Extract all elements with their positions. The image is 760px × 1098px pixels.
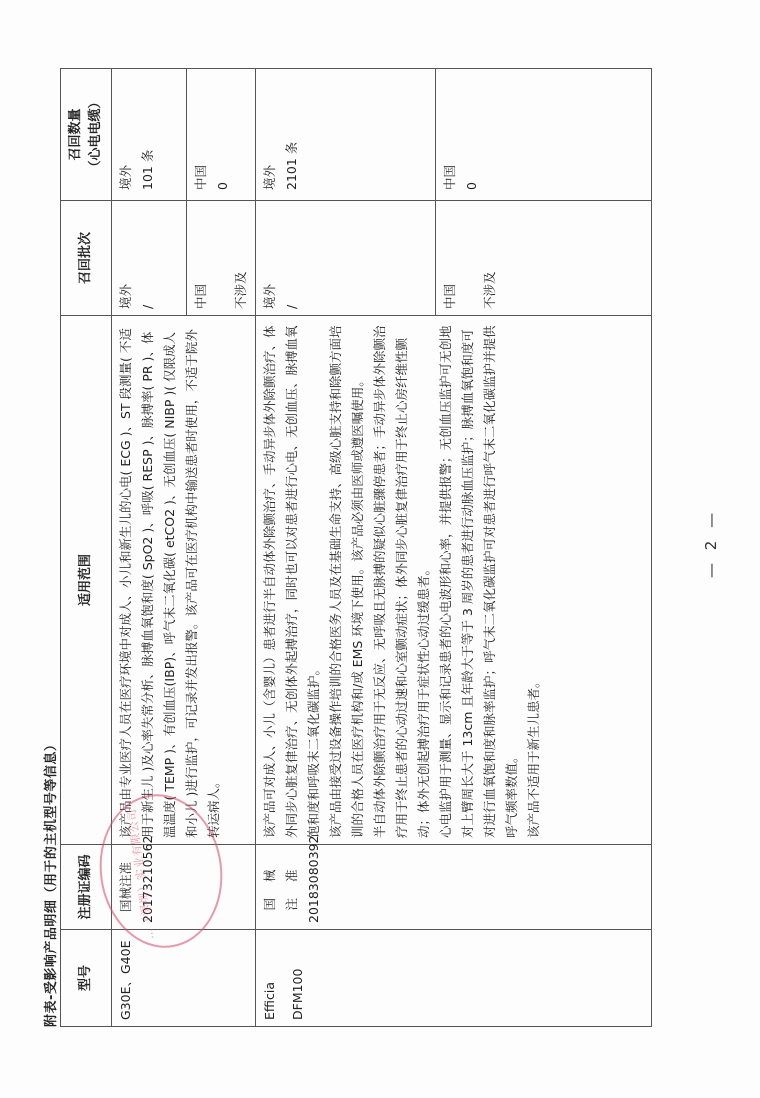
cell-model: Efficia DFM100: [256, 930, 652, 1027]
cell-scope: 该产品由专业医疗人员在医疗环境中对成人、小儿和新生儿的心电( ECG )、ST …: [112, 316, 256, 845]
quantity-value: 101 条: [137, 75, 159, 194]
cell-batch: 境外 /: [112, 201, 187, 316]
header-quantity: 召回数量 （心电电缆）: [61, 69, 112, 201]
registration-prefix: 国 械 注 准: [259, 851, 303, 923]
cell-model: G30E、G40E: [112, 930, 256, 1027]
table-caption: 附表-受影响产品明细（用于的主机型号等信息）: [40, 738, 59, 1027]
affected-products-table: 型号 注册证编码 适用范围 召回批次 召回数量 （心电电缆） G30E、G40E…: [60, 68, 652, 1027]
batch-value: 不涉及: [230, 207, 252, 309]
cell-batch: 境外 /: [256, 201, 436, 316]
cell-registration: 国械注准 20173210562: [112, 845, 256, 930]
batch-value: /: [137, 207, 159, 309]
scope-text: 该产品由专业医疗人员在医疗环境中对成人、小儿和新生儿的心电( ECG )、ST …: [115, 322, 225, 838]
cell-quantity: 境外 2101 条: [256, 69, 436, 201]
header-quantity-line2: （心电电缆）: [86, 75, 106, 194]
scope-paragraph: 半自动体外除颤治疗用于无反应、无呼吸且无脉搏的疑似心脏骤停患者；手动异步体外除颤…: [369, 322, 435, 838]
rotated-document-page: 附表-受影响产品明细（用于的主机型号等信息） 型号 注册证编码 适用范围 召回批…: [0, 0, 760, 1098]
header-model: 型号: [61, 930, 112, 1027]
table-header-row: 型号 注册证编码 适用范围 召回批次 召回数量 （心电电缆）: [61, 69, 112, 1027]
scope-paragraph: 该产品可对成人、小儿（含婴儿）患者进行半自动体外除颤治疗、手动异步体外除颤治疗、…: [259, 322, 325, 838]
quantity-region: 中国: [439, 75, 461, 194]
quantity-region: 中国: [190, 75, 212, 194]
batch-region: 中国: [439, 207, 461, 309]
cell-registration: 国 械 注 准 20183080392: [256, 845, 652, 930]
cell-batch: 中国 不涉及: [187, 201, 256, 316]
scope-paragraph: 该产品不适用于新生儿患者。: [523, 322, 545, 838]
registration-prefix: 国械注准: [115, 851, 137, 923]
batch-region: 境外: [115, 207, 137, 309]
quantity-value: 0: [212, 75, 234, 194]
quantity-region: 境外: [115, 75, 137, 194]
quantity-value: 0: [461, 75, 483, 194]
scope-paragraph: 该产品由接受过设备操作培训的合格医务人员及在基础生命支持、高级心脏支持和除颤方面…: [325, 322, 369, 838]
batch-value: /: [281, 207, 303, 309]
cell-batch: 中国 不涉及: [436, 201, 652, 316]
registration-number: 20173210562: [137, 851, 159, 923]
quantity-region: 境外: [259, 75, 281, 194]
model-name: Efficia: [259, 936, 281, 1020]
header-registration: 注册证编码: [61, 845, 112, 930]
batch-region: 境外: [259, 207, 281, 309]
header-quantity-line1: 召回数量: [66, 75, 86, 194]
registration-number: 20183080392: [303, 851, 325, 923]
cell-quantity: 中国 0: [187, 69, 256, 201]
batch-value: 不涉及: [479, 207, 501, 309]
cell-scope: 该产品可对成人、小儿（含婴儿）患者进行半自动体外除颤治疗、手动异步体外除颤治疗、…: [256, 316, 652, 845]
header-scope: 适用范围: [61, 316, 112, 845]
scope-paragraph: 心电监护用于测量、显示和记录患者的心电波形和心率，并提供报警；无创血压监护可无创…: [435, 322, 523, 838]
page-number: — 2 —: [702, 509, 720, 578]
batch-region: 中国: [190, 207, 212, 309]
table-row: Efficia DFM100 国 械 注 准 20183080392 该产品可对…: [256, 69, 436, 1027]
quantity-value: 2101 条: [281, 75, 303, 194]
header-batch: 召回批次: [61, 201, 112, 316]
model-name: G30E、G40E: [115, 936, 137, 1020]
model-name-secondary: DFM100: [287, 936, 309, 1020]
cell-quantity: 中国 0: [436, 69, 652, 201]
table-row: G30E、G40E 国械注准 20173210562 该产品由专业医疗人员在医疗…: [112, 69, 187, 1027]
cell-quantity: 境外 101 条: [112, 69, 187, 201]
